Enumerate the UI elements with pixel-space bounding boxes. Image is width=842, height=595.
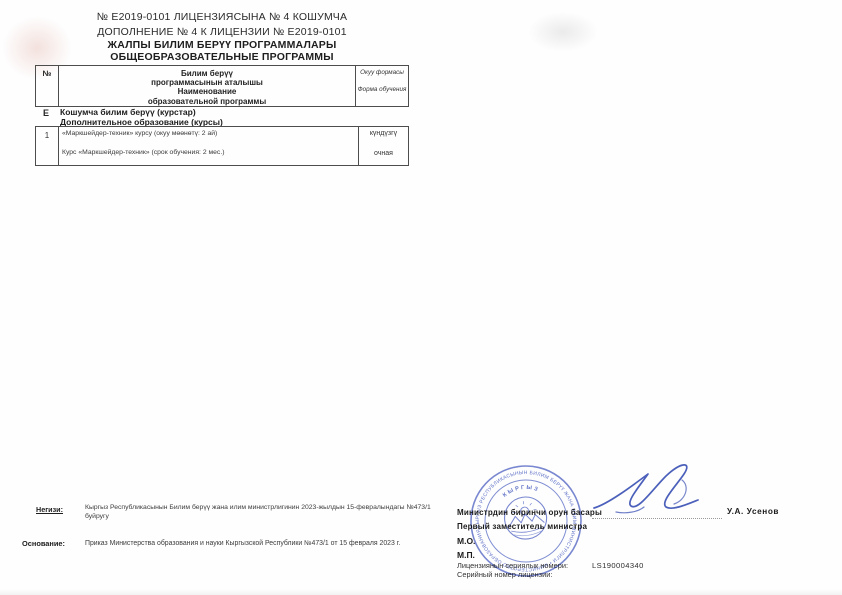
section-letter: Е — [35, 107, 57, 127]
column-header-program-name: Билим берүү программасынын аталышы Наиме… — [59, 66, 356, 106]
study-form-ky: күндүзгү — [359, 130, 408, 137]
table-section-row: Е Кошумча билим берүү (курстар) Дополнит… — [35, 107, 407, 127]
document-header: № Е2019-0101 ЛИЦЕНЗИЯСЫНА № 4 КОШУМЧА ДО… — [35, 10, 409, 63]
stamp-center-text: КЫРГЫЗ — [501, 483, 541, 500]
table-row: 1 «Маркшейдер-техник» курсу (окуу мөөнөт… — [35, 126, 409, 166]
signature-line — [592, 518, 722, 519]
column-header-number: № — [36, 66, 59, 106]
seal-mark-ky: М.О. — [457, 536, 475, 546]
serial-label-ru: Серийный номер лицензии: — [457, 570, 552, 579]
table-header-row: № Билим берүү программасынын аталышы Наи… — [35, 65, 409, 107]
basis-text-ru: Приказ Министерства образования и науки … — [85, 540, 445, 549]
basis-text-ky: Кыргыз Республикасынын Билим берүү жана … — [85, 504, 433, 521]
stamp-emblem — [502, 494, 549, 541]
basis-label-ky: Негизи: — [36, 505, 63, 514]
column-header-name-ru-2: образовательной программы — [59, 97, 355, 106]
serial-label-ky: Лицензиянын сериялык номери: — [457, 561, 568, 570]
programs-title-ru: ОБЩЕОБРАЗОВАТЕЛЬНЫЕ ПРОГРАММЫ — [35, 51, 409, 63]
scan-smudge — [528, 12, 598, 52]
column-header-name-ru-1: Наименование — [59, 87, 355, 96]
column-header-form-ky: Окуу формасы — [356, 69, 408, 76]
program-name-ky: «Маркшейдер-техник» курсу (окуу мөөнөтү:… — [62, 130, 358, 138]
column-header-form-ru: Форма обучения — [356, 86, 408, 93]
official-position-ky: Министрдин биринчи орун басары — [457, 508, 602, 517]
scan-edge-shadow — [0, 589, 842, 595]
row-study-form: күндүзгү очная — [359, 127, 408, 165]
svg-text:КЫРГЫЗ: КЫРГЫЗ — [501, 483, 541, 500]
signer-name: У.А. Усенов — [727, 507, 779, 516]
license-supplement-page: № Е2019-0101 ЛИЦЕНЗИЯСЫНА № 4 КОШУМЧА ДО… — [0, 0, 842, 595]
row-number: 1 — [36, 127, 59, 165]
seal-mark-ru: М.П. — [457, 550, 475, 560]
study-form-ru: очная — [359, 150, 408, 157]
section-label: Кошумча билим берүү (курстар) Дополнител… — [57, 107, 223, 127]
license-number-line-ru: ДОПОЛНЕНИЕ № 4 К ЛИЦЕНЗИИ № Е2019-0101 — [35, 25, 409, 40]
license-number-line-ky: № Е2019-0101 ЛИЦЕНЗИЯСЫНА № 4 КОШУМЧА — [35, 10, 409, 25]
column-header-name-ky-1: Билим берүү — [59, 69, 355, 78]
programs-title-ky: ЖАЛПЫ БИЛИМ БЕРҮҮ ПРОГРАММАЛАРЫ — [35, 39, 409, 51]
column-header-name-ky-2: программасынын аталышы — [59, 78, 355, 87]
column-header-study-form: Окуу формасы Форма обучения — [356, 66, 408, 106]
row-program-name: «Маркшейдер-техник» курсу (окуу мөөнөтү:… — [59, 127, 359, 165]
program-name-ru: Курс «Маркшейдер-техник» (срок обучения:… — [62, 149, 358, 157]
official-position-ru: Первый заместитель министра — [457, 522, 587, 531]
license-serial-number: LS190004340 — [592, 561, 644, 570]
basis-label-ru: Основание: — [22, 539, 65, 548]
section-label-ky: Кошумча билим берүү (курстар) — [60, 107, 223, 117]
handwritten-signature — [586, 460, 731, 522]
